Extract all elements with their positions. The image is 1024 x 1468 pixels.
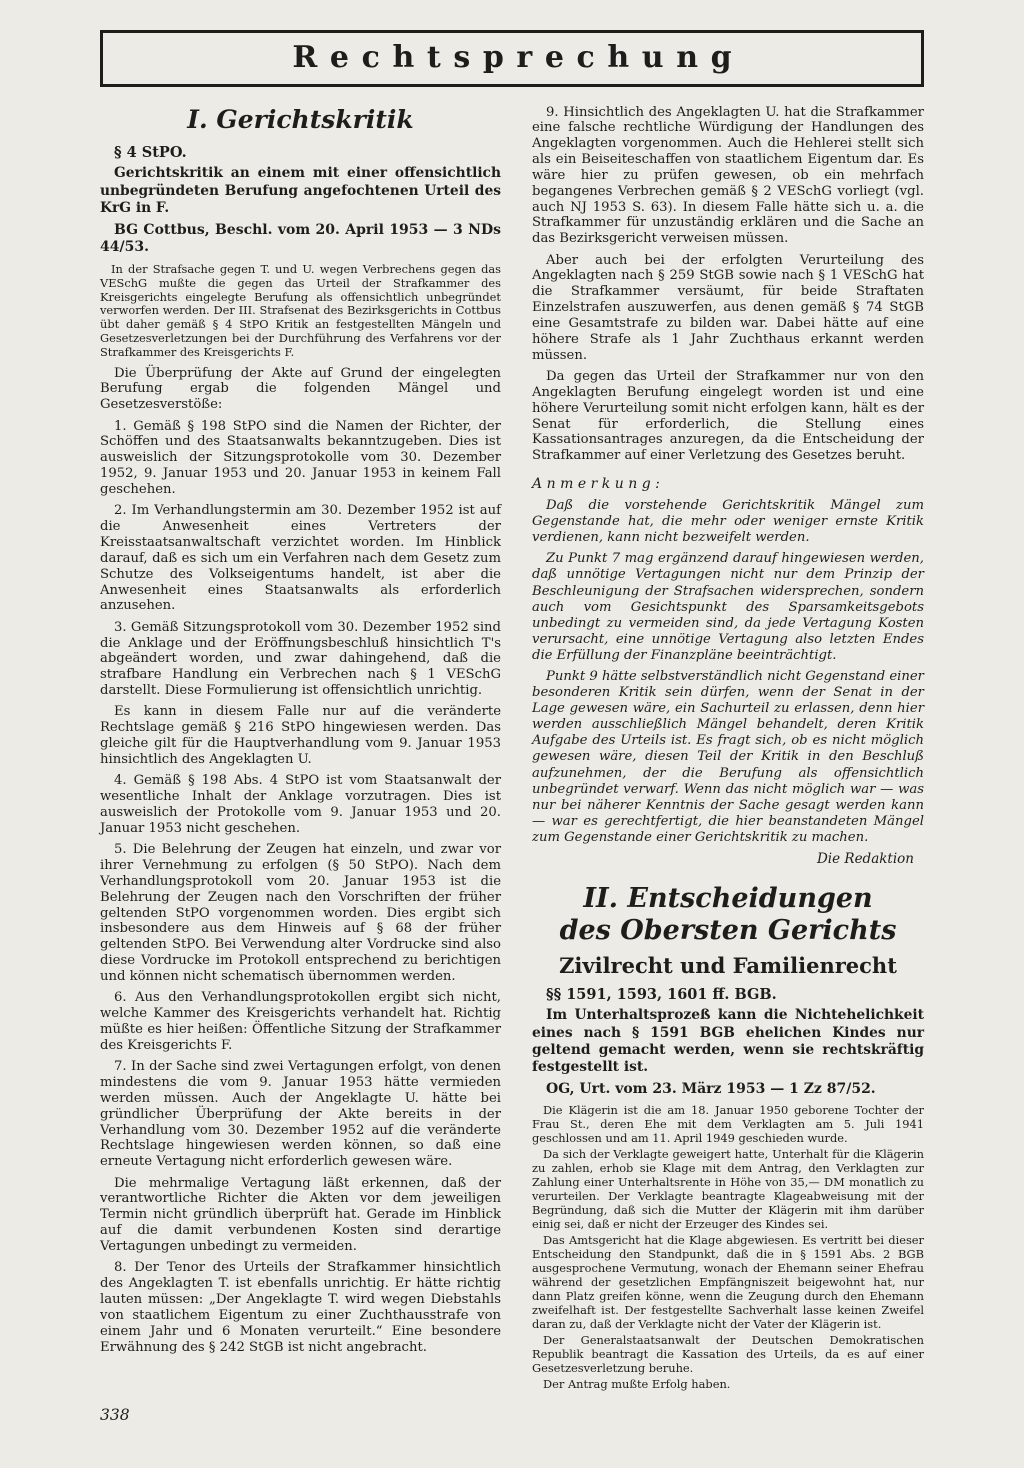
case-fact-paragraph: Das Amtsgericht hat die Klage abgewiesen… — [532, 1234, 924, 1331]
body-paragraph: 2. Im Verhandlungstermin am 30. Dezember… — [100, 503, 501, 614]
annotation-paragraph: Daß die vorstehende Gerichtskritik Mänge… — [532, 498, 924, 546]
case-fact-paragraph: Da sich der Verklagte geweigert hatte, U… — [532, 1148, 924, 1231]
section1-title: I. Gerichtskritik — [100, 105, 501, 134]
page-title: Rechtsprechung — [103, 40, 921, 75]
section2-subtitle: Zivilrecht und Familienrecht — [532, 953, 924, 978]
case-fact-paragraph: Der Generalstaatsanwalt der Deutschen De… — [532, 1334, 924, 1376]
annotation-paragraph: Zu Punkt 7 mag ergänzend darauf hingewie… — [532, 551, 924, 664]
section2-headnote: Im Unterhaltsprozeß kann die Nichtehelic… — [532, 1007, 924, 1077]
section2-title-line2: des Obersten Gerichts — [560, 915, 897, 946]
section2-title-line1: II. Entscheidungen — [583, 883, 872, 914]
body-paragraph: 4. Gemäß § 198 Abs. 4 StPO ist vom Staat… — [100, 773, 501, 836]
body-paragraph: 9. Hinsichtlich des Angeklagten U. hat d… — [532, 105, 924, 248]
body-paragraph: Die Überprüfung der Akte auf Grund der e… — [100, 366, 501, 414]
body-paragraph: Da gegen das Urteil der Strafkammer nur … — [532, 369, 924, 464]
case-fact-paragraph: Die Klägerin ist die am 18. Januar 1950 … — [532, 1104, 924, 1146]
body-paragraph: 5. Die Belehrung der Zeugen hat einzeln,… — [100, 842, 501, 985]
body-paragraph: Aber auch bei der erfolgten Verurteilung… — [532, 253, 924, 364]
section2-citation: OG, Urt. vom 23. März 1953 — 1 Zz 87/52. — [532, 1081, 924, 1099]
body-paragraph: 6. Aus den Verhandlungsprotokollen ergib… — [100, 990, 501, 1053]
masthead-box: Rechtsprechung — [100, 30, 924, 87]
page-content: Rechtsprechung I. Gerichtskritik § 4 StP… — [100, 30, 924, 1395]
annotation-signature: Die Redaktion — [532, 851, 924, 867]
annotation-paragraph: Punkt 9 hätte selbstverständlich nicht G… — [532, 669, 924, 846]
annotation-heading: Anmerkung: — [532, 476, 924, 492]
journal-page: Rechtsprechung I. Gerichtskritik § 4 StP… — [0, 0, 1024, 1468]
body-paragraph: Es kann in diesem Falle nur auf die verä… — [100, 704, 501, 767]
body-paragraph: 3. Gemäß Sitzungsprotokoll vom 30. Dezem… — [100, 620, 501, 699]
page-number: 338 — [100, 1406, 130, 1424]
section1-headnote: Gerichtskritik an einem mit einer offens… — [100, 165, 501, 217]
body-paragraph: 1. Gemäß § 198 StPO sind die Namen der R… — [100, 419, 501, 498]
section1-case-summary: In der Strafsache gegen T. und U. wegen … — [100, 263, 501, 360]
section1-law-reference: § 4 StPO. — [100, 144, 501, 161]
body-paragraph: 8. Der Tenor des Urteils der Strafkammer… — [100, 1260, 501, 1355]
case-fact-paragraph: Der Antrag mußte Erfolg haben. — [532, 1378, 924, 1392]
section2-law-reference: §§ 1591, 1593, 1601 ff. BGB. — [532, 986, 924, 1003]
right-column: 9. Hinsichtlich des Angeklagten U. hat d… — [532, 99, 924, 1395]
body-paragraph: Die mehrmalige Vertagung läßt erkennen, … — [100, 1176, 501, 1255]
two-column-layout: I. Gerichtskritik § 4 StPO. Gerichtskrit… — [100, 99, 924, 1395]
section1-citation: BG Cottbus, Beschl. vom 20. April 1953 —… — [100, 222, 501, 257]
left-column: I. Gerichtskritik § 4 StPO. Gerichtskrit… — [100, 99, 501, 1395]
section2-title: II. Entscheidungen des Obersten Gerichts — [532, 883, 924, 947]
body-paragraph: 7. In der Sache sind zwei Vertagungen er… — [100, 1059, 501, 1170]
